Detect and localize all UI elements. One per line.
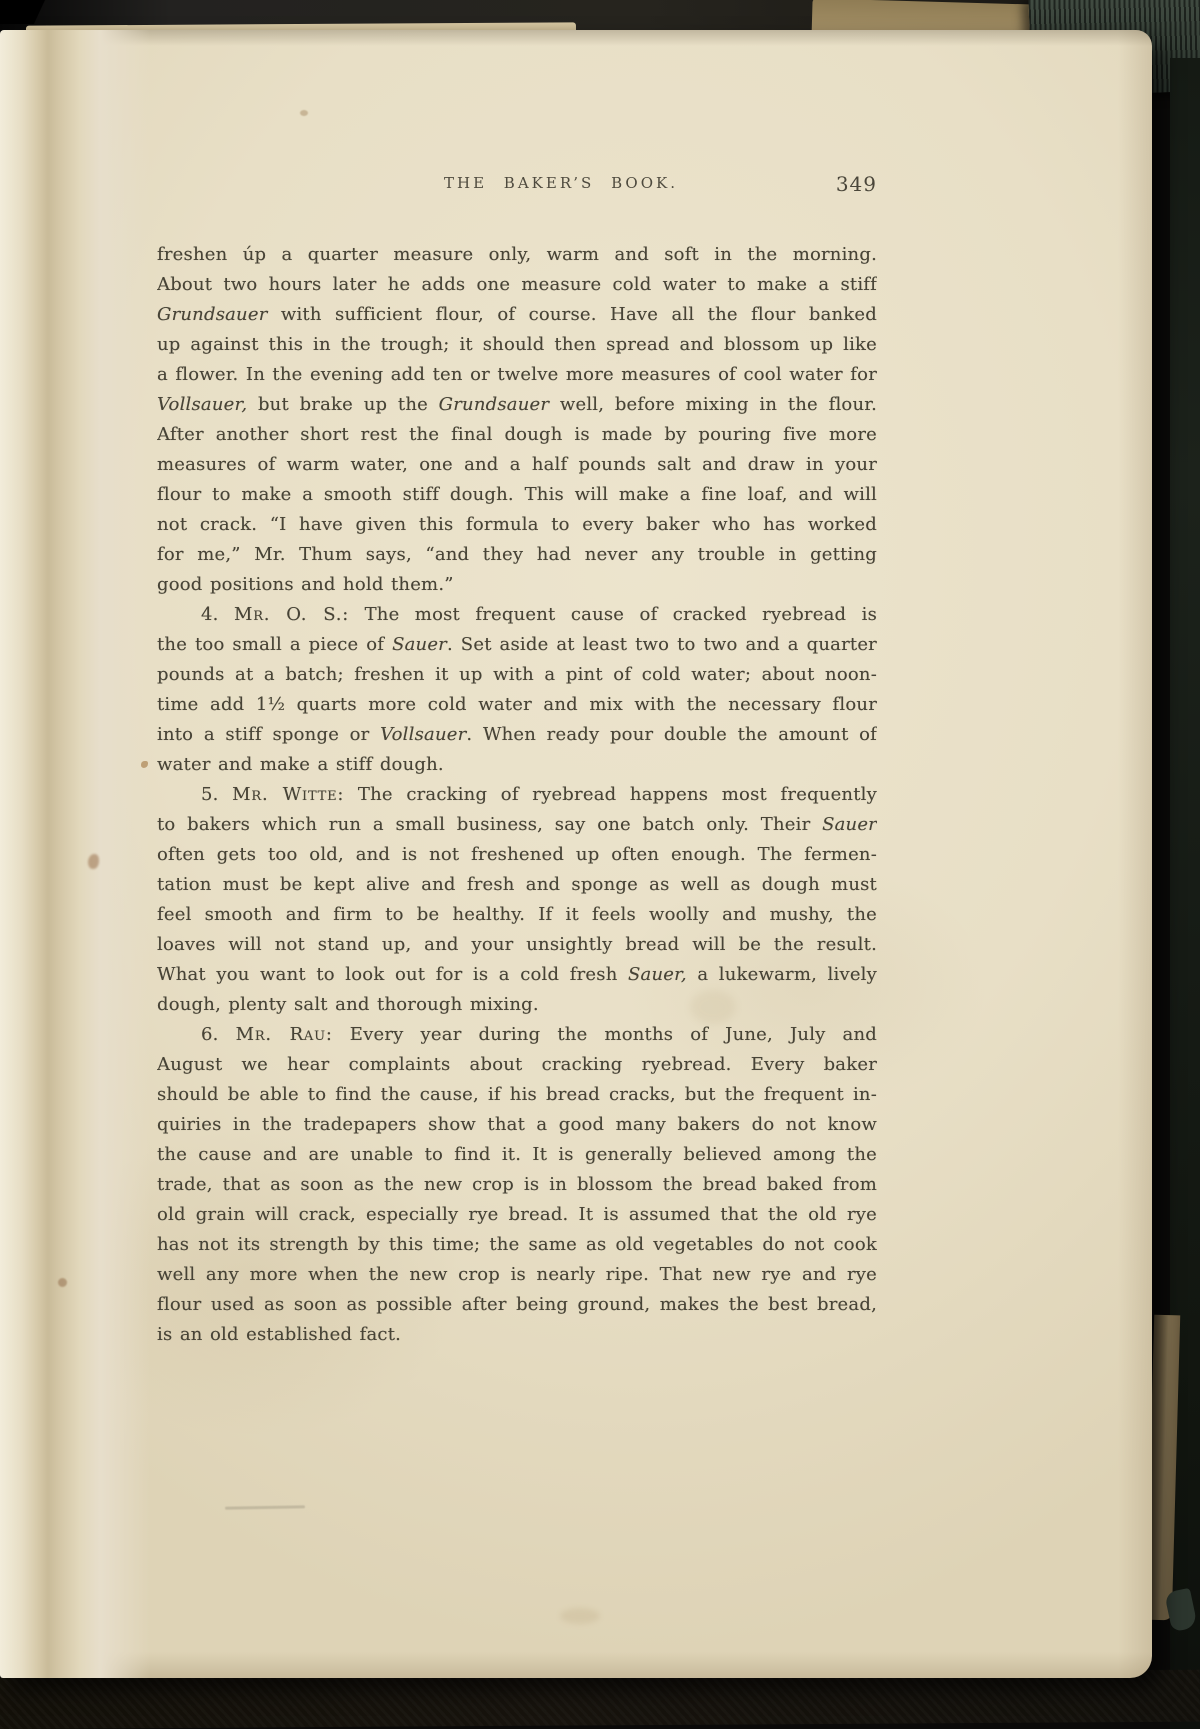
text-line: quiries in the tradepapers show that a g…: [157, 1110, 877, 1140]
text-segment: time add 1½ quarts more cold water and m…: [157, 694, 877, 715]
text-segment: Every year during the months of June, Ju…: [333, 1024, 877, 1045]
text-line: trade, that as soon as the new crop is i…: [157, 1170, 877, 1200]
text-line: up against this in the trough; it should…: [157, 330, 877, 360]
italic-term: Sauer: [822, 814, 877, 835]
text-segment: to bakers which run a small business, sa…: [157, 814, 822, 835]
paper-stain: [560, 1608, 600, 1624]
text-segment: 4.: [201, 604, 234, 625]
text-segment: trade, that as soon as the new crop is i…: [157, 1174, 877, 1195]
text-segment: tation must be kept alive and fresh and …: [157, 874, 877, 895]
text-segment: for me,” Mr. Thum says, “and they had ne…: [157, 544, 877, 565]
text-segment: The most frequent cause of cracked ryebr…: [349, 604, 877, 625]
text-line: good positions and hold them.”: [157, 570, 877, 600]
text-line: into a stiff sponge or Vollsauer. When r…: [157, 720, 877, 750]
text-segment: is an old established fact.: [157, 1324, 401, 1345]
page-number: 349: [836, 172, 877, 196]
paper-stain: [141, 761, 148, 768]
italic-term: Grundsauer: [157, 304, 268, 325]
text-line: About two hours later he adds one measur…: [157, 270, 877, 300]
text-segment: About two hours later he adds one measur…: [157, 274, 877, 295]
text-line: Vollsauer, but brake up the Grundsauer w…: [157, 390, 877, 420]
text-segment: water and make a stiff dough.: [157, 754, 444, 775]
text-segment: What you want to look out for is a cold …: [157, 964, 628, 985]
text-segment: pounds at a batch; freshen it up with a …: [157, 664, 877, 685]
text-segment: often gets too old, and is not freshened…: [157, 844, 877, 865]
paragraph: freshen úp a quarter measure only, warm …: [157, 240, 877, 600]
text-line: August we hear complaints about cracking…: [157, 1050, 877, 1080]
text-line: old grain will crack, especially rye bre…: [157, 1200, 877, 1230]
text-line: well any more when the new crop is nearl…: [157, 1260, 877, 1290]
text-line: water and make a stiff dough.: [157, 750, 877, 780]
text-segment: The cracking of ryebread happens most fr…: [344, 784, 877, 805]
text-segment: August we hear complaints about cracking…: [157, 1054, 877, 1075]
text-line: is an old established fact.: [157, 1320, 877, 1350]
text-line: After another short rest the final dough…: [157, 420, 877, 450]
text-line: flour to make a smooth stiff dough. This…: [157, 480, 877, 510]
text-line: freshen úp a quarter measure only, warm …: [157, 240, 877, 270]
text-segment: freshen úp a quarter measure only, warm …: [157, 244, 877, 265]
text-line: to bakers which run a small business, sa…: [157, 810, 877, 840]
text-line: 5. Mr. Witte: The cracking of ryebread h…: [157, 780, 877, 810]
italic-term: Grundsauer: [439, 394, 550, 415]
book-page: THE BAKER’S BOOK. 349 freshen úp a quart…: [0, 30, 1152, 1678]
italic-term: Vollsauer: [380, 724, 466, 745]
text-segment: the too small a piece of: [157, 634, 392, 655]
text-segment: flour to make a smooth stiff dough. This…: [157, 484, 877, 505]
running-header: THE BAKER’S BOOK. 349: [157, 174, 877, 196]
text-line: often gets too old, and is not freshened…: [157, 840, 877, 870]
text-segment: measures of warm water, one and a half p…: [157, 454, 877, 475]
text-segment: dough, plenty salt and thorough mixing.: [157, 994, 539, 1015]
text-line: the too small a piece of Sauer. Set asid…: [157, 630, 877, 660]
italic-term: Vollsauer,: [157, 394, 247, 415]
italic-term: Sauer: [392, 634, 447, 655]
paragraph: 4. Mr. O. S.: The most frequent cause of…: [157, 600, 877, 780]
text-line: 4. Mr. O. S.: The most frequent cause of…: [157, 600, 877, 630]
paragraph: 5. Mr. Witte: The cracking of ryebread h…: [157, 780, 877, 1020]
text-line: the cause and are unable to find it. It …: [157, 1140, 877, 1170]
text-segment: into a stiff sponge or: [157, 724, 380, 745]
speaker-name: Mr. O. S.:: [234, 604, 349, 625]
text-line: a flower. In the evening add ten or twel…: [157, 360, 877, 390]
book-cover-bottom-edge: [0, 1670, 1200, 1729]
text-segment: with sufficient flour, of course. Have a…: [268, 304, 877, 325]
type-area: THE BAKER’S BOOK. 349 freshen úp a quart…: [157, 30, 877, 1350]
text-line: 6. Mr. Rau: Every year during the months…: [157, 1020, 877, 1050]
text-line: should be able to find the cause, if his…: [157, 1080, 877, 1110]
text-segment: but brake up the: [247, 394, 438, 415]
text-line: Grundsauer with sufficient flour, of cou…: [157, 300, 877, 330]
text-segment: loaves will not stand up, and your unsig…: [157, 934, 877, 955]
text-segment: 5.: [201, 784, 232, 805]
text-segment: 6.: [201, 1024, 236, 1045]
text-line: What you want to look out for is a cold …: [157, 960, 877, 990]
text-line: dough, plenty salt and thorough mixing.: [157, 990, 877, 1020]
text-segment: old grain will crack, especially rye bre…: [157, 1204, 877, 1225]
text-segment: After another short rest the final dough…: [157, 424, 877, 445]
text-line: flour used as soon as possible after bei…: [157, 1290, 877, 1320]
text-segment: flour used as soon as possible after bei…: [157, 1294, 877, 1315]
text-segment: a lukewarm, lively: [687, 964, 877, 985]
text-segment: a flower. In the evening add ten or twel…: [157, 364, 877, 385]
text-segment: feel smooth and firm to be healthy. If i…: [157, 904, 877, 925]
text-segment: up against this in the trough; it should…: [157, 334, 877, 355]
text-segment: not crack. “I have given this formula to…: [157, 514, 877, 535]
text-segment: well any more when the new crop is nearl…: [157, 1264, 877, 1285]
text-line: pounds at a batch; freshen it up with a …: [157, 660, 877, 690]
text-segment: . Set aside at least two to two and a qu…: [447, 634, 877, 655]
text-segment: the cause and are unable to find it. It …: [157, 1144, 877, 1165]
running-head-title: THE BAKER’S BOOK.: [201, 174, 921, 192]
book-scan: { "colors": { "paper": "#e8dfc6", "ink":…: [0, 0, 1200, 1729]
pencil-mark: [225, 1505, 305, 1509]
text-line: feel smooth and firm to be healthy. If i…: [157, 900, 877, 930]
italic-term: Sauer,: [628, 964, 687, 985]
paper-stain: [88, 854, 99, 869]
speaker-name: Mr. Rau:: [236, 1024, 333, 1045]
paper-stain: [58, 1278, 67, 1287]
text-line: has not its strength by this time; the s…: [157, 1230, 877, 1260]
text-line: loaves will not stand up, and your unsig…: [157, 930, 877, 960]
speaker-name: Mr. Witte:: [232, 784, 344, 805]
body-text: freshen úp a quarter measure only, warm …: [157, 240, 877, 1350]
paragraph: 6. Mr. Rau: Every year during the months…: [157, 1020, 877, 1350]
text-segment: has not its strength by this time; the s…: [157, 1234, 877, 1255]
text-segment: . When ready pour double the amount of: [466, 724, 877, 745]
text-line: not crack. “I have given this formula to…: [157, 510, 877, 540]
text-line: time add 1½ quarts more cold water and m…: [157, 690, 877, 720]
text-line: for me,” Mr. Thum says, “and they had ne…: [157, 540, 877, 570]
text-segment: well, before mixing in the flour.: [549, 394, 877, 415]
text-segment: good positions and hold them.”: [157, 574, 454, 595]
text-segment: should be able to find the cause, if his…: [157, 1084, 877, 1105]
text-line: measures of warm water, one and a half p…: [157, 450, 877, 480]
text-line: tation must be kept alive and fresh and …: [157, 870, 877, 900]
text-segment: quiries in the tradepapers show that a g…: [157, 1114, 877, 1135]
